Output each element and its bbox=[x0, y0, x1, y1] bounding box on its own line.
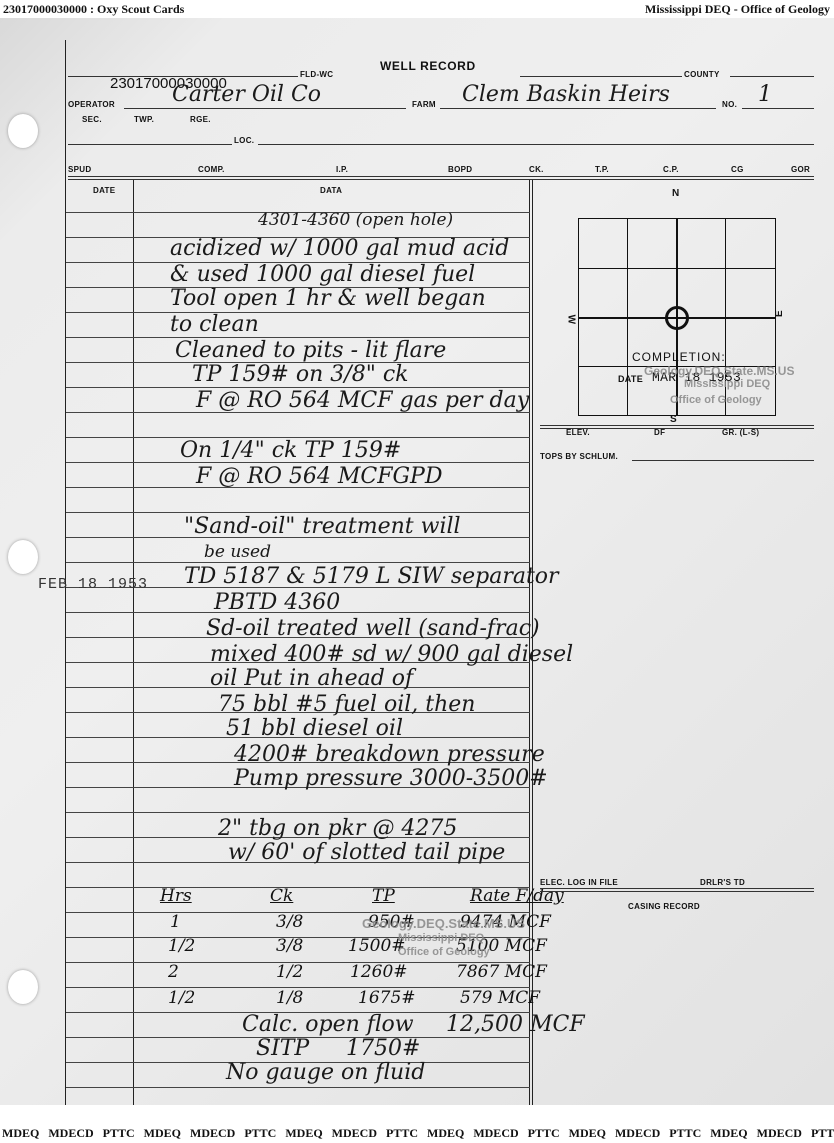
well-no-value: 1 bbox=[758, 82, 772, 107]
data-line: Sd-oil treated well (sand-frac) bbox=[206, 616, 540, 641]
data-line: 75 bbl #5 fuel oil, then bbox=[218, 692, 475, 717]
county-label: COUNTY bbox=[684, 70, 720, 79]
data-line: be used bbox=[204, 542, 271, 562]
loc-line bbox=[258, 144, 814, 145]
watermark-url: Geology.DEQ.State.MS.US bbox=[644, 364, 794, 378]
rule bbox=[540, 425, 814, 426]
casing-record-label: CASING RECORD bbox=[628, 902, 700, 911]
ruled-line bbox=[66, 1087, 530, 1088]
well-location-marker bbox=[665, 306, 689, 330]
ruled-line bbox=[66, 512, 530, 513]
data-line: w/ 60' of slotted tail pipe bbox=[228, 840, 505, 865]
hrs-header: Hrs bbox=[160, 886, 192, 906]
elec-log-label: ELEC. LOG IN FILE bbox=[540, 878, 618, 887]
ck-header: Ck bbox=[270, 886, 293, 906]
twp-label: TWP. bbox=[134, 115, 154, 124]
map-south-label: S bbox=[670, 414, 677, 425]
farm-line bbox=[440, 108, 716, 109]
rule bbox=[540, 891, 814, 892]
gor-label: GOR bbox=[791, 165, 810, 174]
data-line: F @ RO 564 MCFGPD bbox=[196, 464, 442, 489]
data-column-header: DATA bbox=[320, 186, 342, 195]
tp-cell: 1675# bbox=[358, 988, 416, 1008]
farm-value: Clem Baskin Heirs bbox=[462, 82, 670, 107]
received-date-stamp: FEB 18 1953 bbox=[38, 576, 148, 593]
punch-hole bbox=[8, 970, 38, 1004]
sitp-value: 1750# bbox=[346, 1036, 420, 1061]
left-margin-rule bbox=[65, 40, 66, 1105]
county-line bbox=[520, 76, 682, 77]
fld-label: FLD-WC bbox=[300, 70, 333, 79]
data-line: Pump pressure 3000-3500# bbox=[234, 766, 548, 791]
ip-label: I.P. bbox=[336, 165, 348, 174]
data-line: to clean bbox=[170, 312, 259, 337]
rate-cell: 579 MCF bbox=[460, 988, 540, 1008]
tp-cell: 1500# bbox=[348, 936, 406, 956]
rge-label: RGE. bbox=[190, 115, 211, 124]
gr-label: GR. (L-S) bbox=[722, 428, 759, 437]
hrs-cell: 1/2 bbox=[168, 988, 195, 1008]
data-line: 4301-4360 (open hole) bbox=[258, 210, 453, 230]
loc-label: LOC. bbox=[234, 136, 254, 145]
punch-hole bbox=[8, 540, 38, 574]
bopd-label: BOPD bbox=[448, 165, 472, 174]
watermark-agency: Mississippi DEQ bbox=[684, 378, 770, 390]
county-line bbox=[730, 76, 814, 77]
completion-date-label: DATE bbox=[618, 374, 643, 384]
well-no-label: NO. bbox=[722, 100, 737, 109]
test-table-row: 2 1/2 1260# 7867 MCF bbox=[150, 962, 570, 986]
agency-title: Mississippi DEQ - Office of Geology bbox=[645, 0, 830, 18]
tp-label: T.P. bbox=[595, 165, 609, 174]
ck-cell: 3/8 bbox=[276, 912, 303, 932]
punch-hole bbox=[8, 114, 38, 148]
ck-cell: 3/8 bbox=[276, 936, 303, 956]
rate-cell: 7867 MCF bbox=[456, 962, 547, 982]
test-table-header: Hrs Ck TP Rate F/day bbox=[150, 886, 570, 910]
data-line: 2" tbg on pkr @ 4275 bbox=[218, 816, 457, 841]
data-line: Tool open 1 hr & well began bbox=[170, 286, 486, 311]
watermark-agency: Mississippi DEQ bbox=[398, 932, 484, 944]
double-rule bbox=[68, 179, 814, 180]
well-record-card: WELL RECORD 23017000030000 FLD-WC COUNTY… bbox=[0, 18, 834, 1105]
watermark-office: Office of Geology bbox=[398, 946, 490, 958]
data-line: "Sand-oil" treatment will bbox=[184, 514, 461, 539]
map-north-label: N bbox=[672, 188, 680, 199]
drlr-td-label: DRLR'S TD bbox=[700, 878, 745, 887]
ck-cell: 1/2 bbox=[276, 962, 303, 982]
data-line: TD 5187 & 5179 L SIW separator bbox=[184, 564, 559, 589]
map-east-label: E bbox=[774, 310, 785, 317]
data-line: F @ RO 564 MCF gas per day bbox=[196, 388, 529, 413]
tops-label: TOPS BY SCHLUM. bbox=[540, 452, 618, 461]
calc-open-flow-value: 12,500 MCF bbox=[446, 1012, 585, 1037]
watermark-office: Office of Geology bbox=[670, 394, 762, 406]
comp-label: COMP. bbox=[198, 165, 225, 174]
operator-label: OPERATOR bbox=[68, 100, 115, 109]
tp-cell: 1260# bbox=[350, 962, 408, 982]
form-title: WELL RECORD bbox=[380, 59, 476, 73]
operator-value: Carter Oil Co bbox=[172, 82, 321, 107]
data-line: PBTD 4360 bbox=[214, 590, 340, 615]
rule bbox=[632, 460, 814, 461]
cp-label: C.P. bbox=[663, 165, 679, 174]
no-gauge-note: No gauge on fluid bbox=[226, 1060, 425, 1085]
hrs-cell: 2 bbox=[168, 962, 179, 982]
rate-header: Rate F/day bbox=[470, 886, 564, 906]
elev-label: ELEV. bbox=[566, 428, 590, 437]
tp-header: TP bbox=[372, 886, 395, 906]
completion-label: COMPLETION: bbox=[632, 350, 726, 364]
data-line: & used 1000 gal diesel fuel bbox=[170, 262, 475, 287]
df-label: DF bbox=[654, 428, 665, 437]
data-line: 51 bbl diesel oil bbox=[226, 716, 403, 741]
date-column-rule bbox=[133, 180, 134, 1105]
farm-label: FARM bbox=[412, 100, 436, 109]
hrs-cell: 1/2 bbox=[168, 936, 195, 956]
operator-line bbox=[124, 108, 406, 109]
data-line: oil Put in ahead of bbox=[210, 666, 413, 691]
ruled-line bbox=[66, 312, 530, 313]
map-west-label: W bbox=[565, 315, 576, 325]
sitp-label: SITP bbox=[256, 1036, 309, 1061]
data-line: Cleaned to pits - lit flare bbox=[175, 338, 446, 363]
cg-label: CG bbox=[731, 165, 744, 174]
spud-label: SPUD bbox=[68, 165, 91, 174]
data-line: acidized w/ 1000 gal mud acid bbox=[170, 236, 509, 261]
record-id-title: 23017000030000 : Oxy Scout Cards bbox=[3, 0, 184, 18]
rule bbox=[540, 888, 814, 889]
footer-watermark-strip: MDEQ MDECD PTTC MDEQ MDECD PTTC MDEQ MDE… bbox=[0, 1124, 834, 1143]
test-table-row: 1/2 3/8 1500# 5100 MCF bbox=[150, 936, 570, 960]
calc-open-flow-label: Calc. open flow bbox=[242, 1012, 414, 1037]
watermark-url: Geology.DEQ.State.MS.US bbox=[362, 916, 525, 931]
data-line: On 1/4" ck TP 159# bbox=[180, 438, 401, 463]
ruled-line bbox=[66, 562, 530, 563]
loc-line bbox=[68, 144, 232, 145]
ck-cell: 1/8 bbox=[276, 988, 303, 1008]
hrs-cell: 1 bbox=[170, 912, 181, 932]
test-table-row: 1/2 1/8 1675# 579 MCF bbox=[150, 988, 570, 1012]
data-line: mixed 400# sd w/ 900 gal diesel bbox=[210, 642, 573, 667]
page-header: 23017000030000 : Oxy Scout Cards Mississ… bbox=[0, 0, 834, 18]
sec-label: SEC. bbox=[82, 115, 102, 124]
data-line: 4200# breakdown pressure bbox=[234, 742, 545, 767]
ck-label: CK. bbox=[529, 165, 544, 174]
ruled-line bbox=[66, 812, 530, 813]
no-line bbox=[742, 108, 814, 109]
data-line: TP 159# on 3/8" ck bbox=[192, 362, 408, 387]
fld-line bbox=[68, 76, 298, 77]
date-column-header: DATE bbox=[93, 186, 115, 195]
double-rule bbox=[68, 176, 814, 177]
